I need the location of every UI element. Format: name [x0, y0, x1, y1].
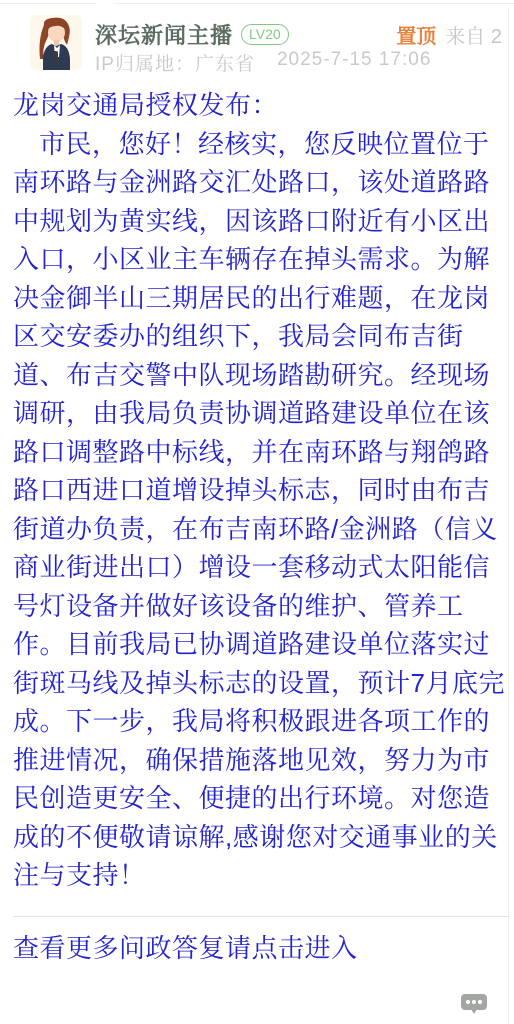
- tooltip-caret: [92, 0, 117, 12]
- from-floor-label[interactable]: 来自 2: [445, 20, 502, 49]
- post-header: 深坛新闻主播 LV20 置顶 来自 2 IP归属地：广东省 2025-7-15 …: [0, 12, 514, 76]
- more-replies-link[interactable]: 查看更多问政答复请点击进入: [13, 928, 358, 965]
- news-anchor-avatar-icon: [30, 15, 82, 70]
- user-level-badge: LV20: [241, 24, 289, 45]
- footer-divider: [13, 916, 510, 917]
- post-heading: 龙岗交通局授权发布：: [13, 86, 510, 125]
- user-avatar[interactable]: [30, 15, 82, 70]
- post-content: 龙岗交通局授权发布： 市民，您好！经核实，您反映位置位于南环路与金洲路交汇处路口…: [13, 86, 510, 895]
- pinned-badge: 置顶: [396, 20, 436, 49]
- username[interactable]: 深坛新闻主播: [95, 19, 233, 50]
- comment-bubble-button[interactable]: [459, 992, 489, 1018]
- comment-bubble-icon: [459, 992, 489, 1018]
- post-body-text: 市民，您好！经核实，您反映位置位于南环路与金洲路交汇处路口，该处道路路中规划为黄…: [13, 125, 510, 895]
- post-timestamp: 2025-7-15 17:06: [277, 49, 431, 76]
- right-edge-hairline: [508, 8, 509, 1024]
- tooltip-top-border: [0, 3, 514, 4]
- ip-location-label: IP归属地：广东省: [95, 49, 255, 76]
